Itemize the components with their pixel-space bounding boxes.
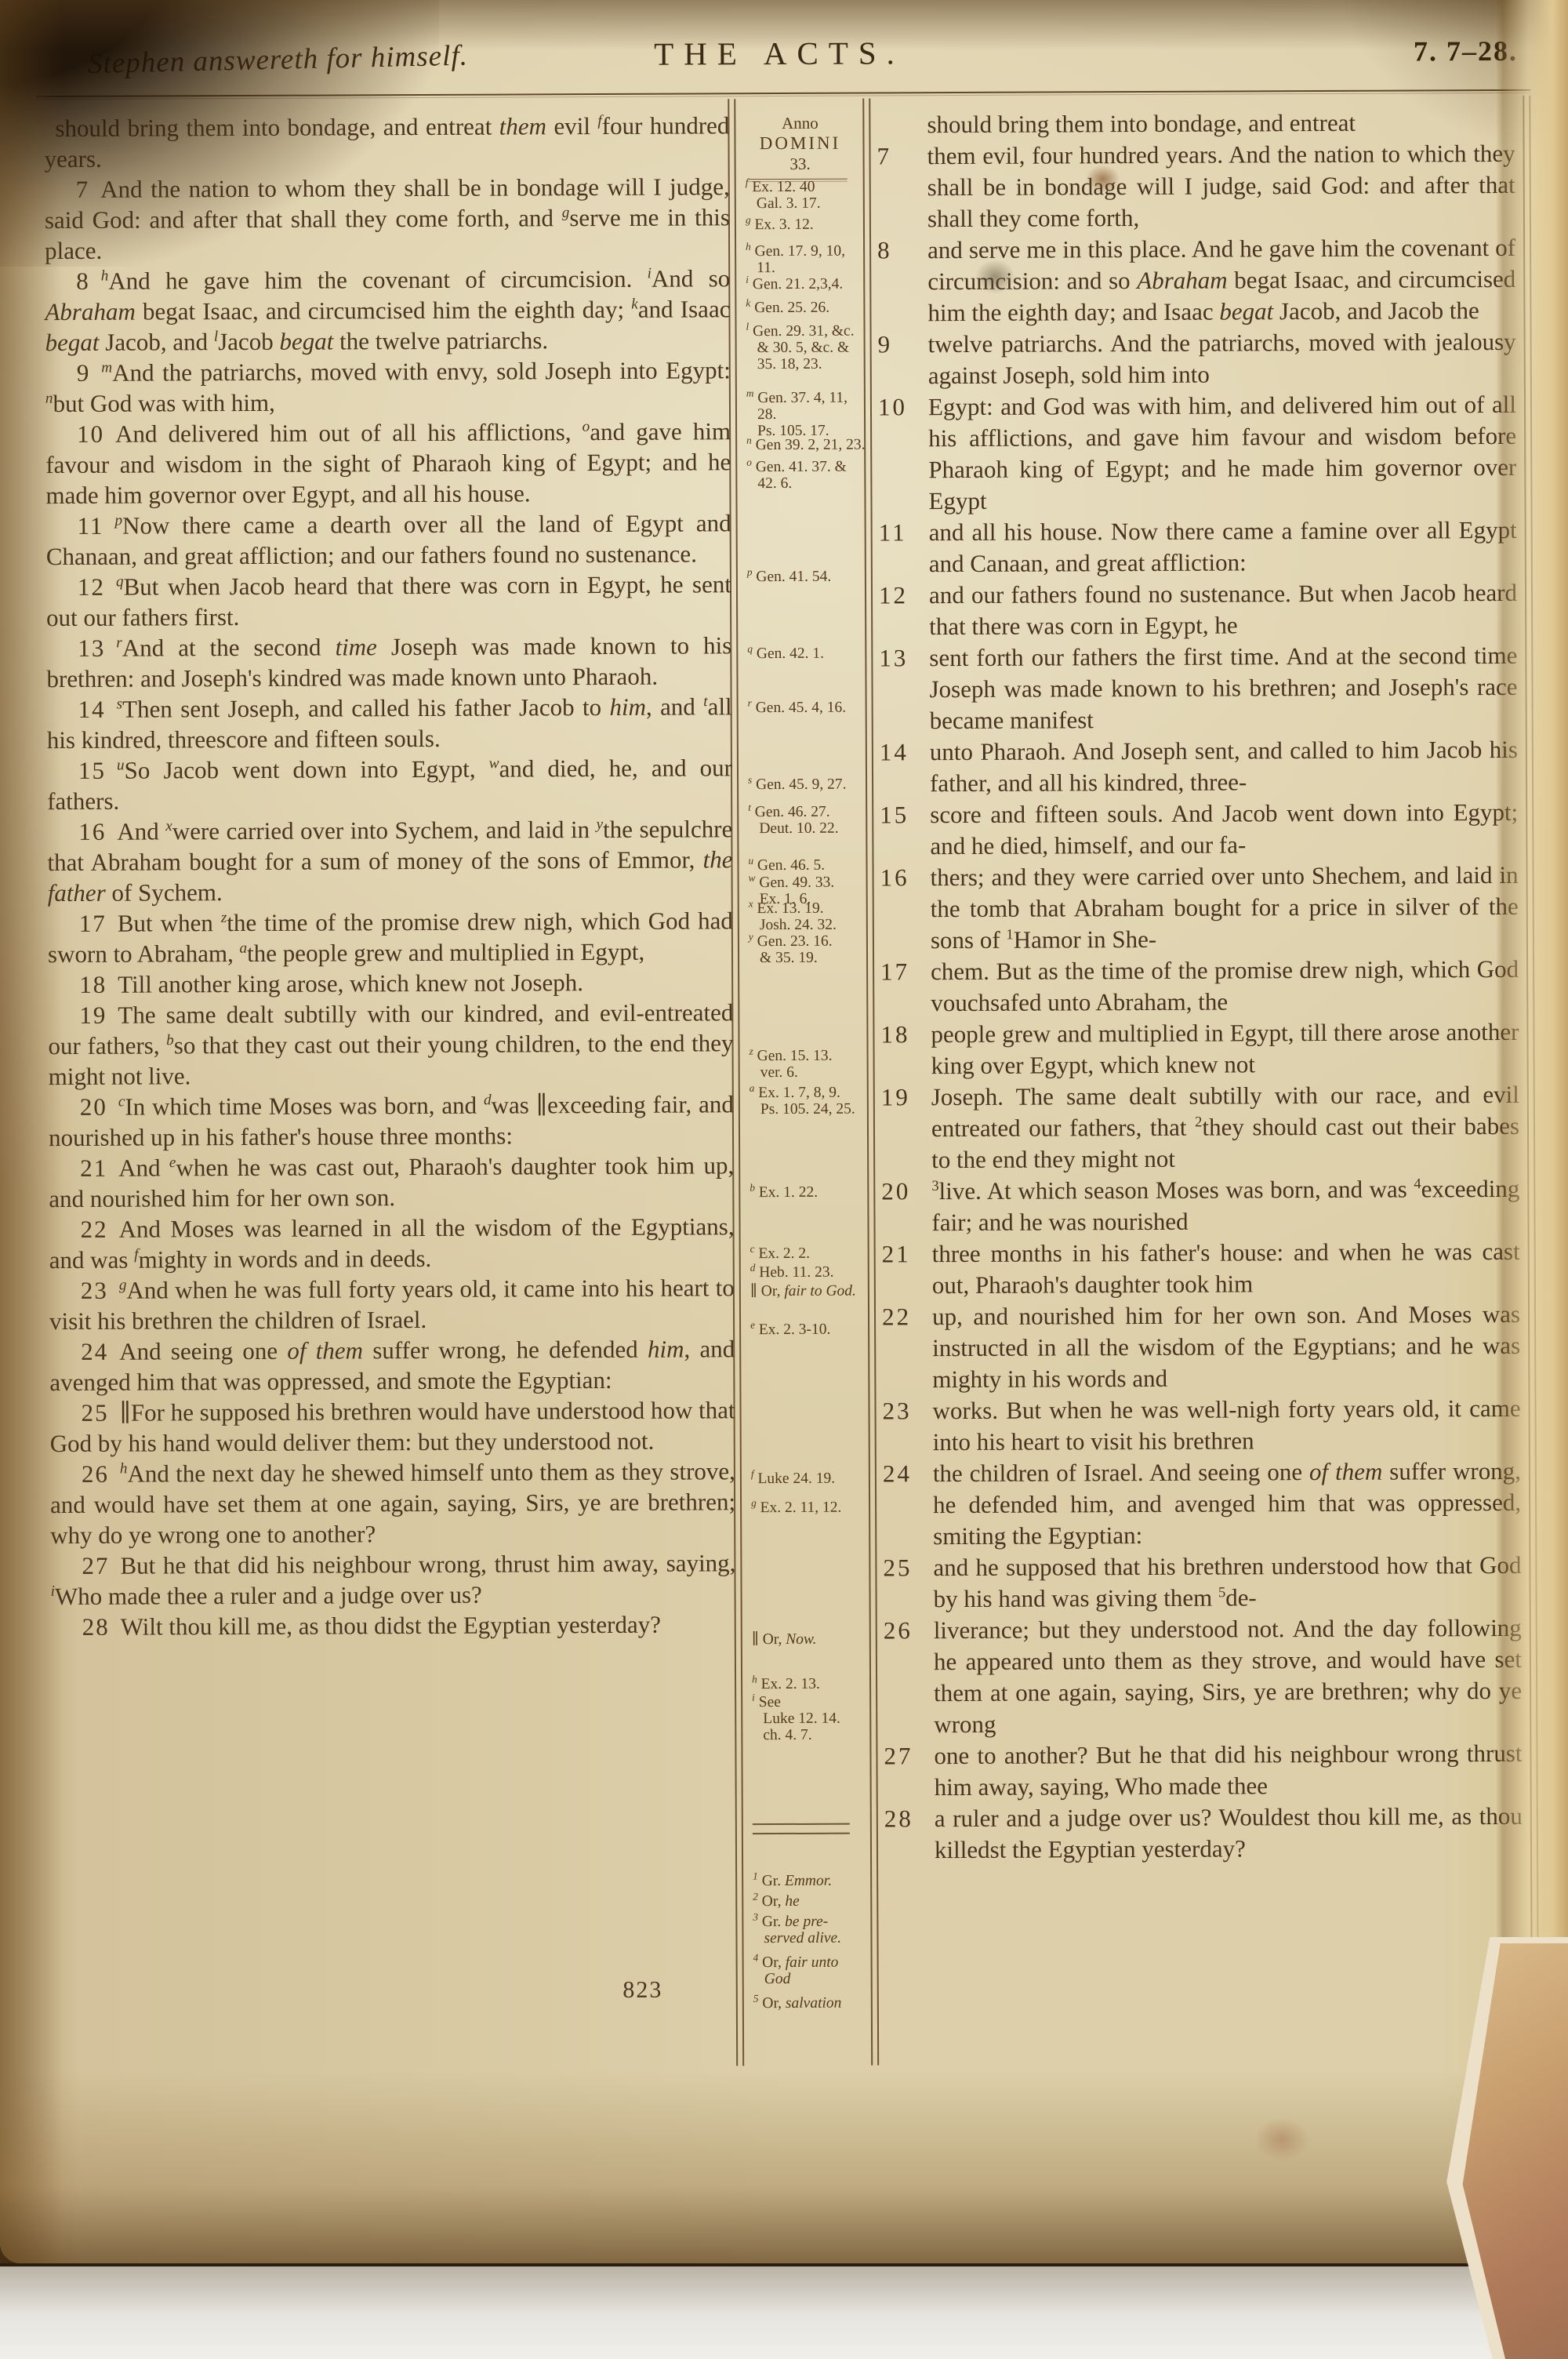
verse-text: And the nation to whom they shall be in … xyxy=(45,173,730,264)
verse-26: 26liverance; but they understood not. An… xyxy=(884,1612,1523,1741)
verse-text: and serve me in this place. And he gave … xyxy=(927,234,1515,326)
reference-entry: u Gen. 46. 5. xyxy=(748,857,867,874)
verse-9: 9mAnd the patriarchs, moved with envy, s… xyxy=(45,354,731,419)
verse-text: hAnd he gave him the covenant of circumc… xyxy=(45,264,730,356)
reference-entry: r Gen. 45. 4, 16. xyxy=(748,700,867,717)
table-surface xyxy=(0,2266,1568,2359)
reference-entries: f Ex. 12. 40Gal. 3. 17.g Ex. 3. 12.h Gen… xyxy=(742,110,858,111)
verse-text: And delivered him out of all his afflict… xyxy=(45,417,731,509)
verse-number: 17 xyxy=(79,910,107,937)
verse-number: 11 xyxy=(879,517,924,548)
verse-text: Egypt: and God was with him, and deliver… xyxy=(928,391,1516,514)
verse-20: 20cIn which time Moses was born, and dwa… xyxy=(49,1089,734,1153)
reference-divider xyxy=(753,1823,850,1835)
verse-number: 27 xyxy=(82,1552,109,1579)
verse-7: 7And the nation to whom they shall be in… xyxy=(45,171,731,266)
rv-text-column: should bring them into bondage, and entr… xyxy=(877,107,1523,1866)
verse-24: 24And seeing one of them suffer wrong, h… xyxy=(49,1333,735,1398)
verse-text: ∥For he supposed his brethren would have… xyxy=(50,1396,735,1457)
verse-8: 8hAnd he gave him the covenant of circum… xyxy=(45,263,731,358)
reference-entry: 5 Or, salvation xyxy=(753,1995,873,2012)
verse-26: 26hAnd the next day he shewed himself un… xyxy=(50,1456,736,1550)
verse-number: 18 xyxy=(79,971,107,998)
reference-entry: m Gen. 37. 4, 11, 28.Ps. 105. 17. xyxy=(746,390,866,440)
reference-entry: h Gen. 17. 9, 10, 11. xyxy=(746,243,865,277)
verse-15: 15uSo Jacob went down into Egypt, wand d… xyxy=(47,752,732,816)
verse-text: a ruler and a judge over us? Wouldest th… xyxy=(935,1802,1523,1863)
verse-text: uSo Jacob went down into Egypt, wand die… xyxy=(47,754,732,815)
verse-text: and our fathers found no sustenance. But… xyxy=(929,579,1517,640)
verse-text: The same dealt subtilly with our kindred… xyxy=(48,998,733,1090)
verse-18: 18people grew and multiplied in Egypt, t… xyxy=(880,1016,1519,1082)
verse-28: 28Wilt thou kill me, as thou didst the E… xyxy=(51,1608,736,1642)
page-title: THE ACTS. xyxy=(0,31,1563,76)
verse-text: sent forth our fathers the first time. A… xyxy=(929,642,1517,734)
verse-19: 19The same dealt subtilly with our kindr… xyxy=(48,997,734,1092)
reference-entry: z Gen. 15. 13.ver. 6. xyxy=(750,1048,869,1081)
reference-entry: 2 Or, he xyxy=(753,1893,872,1910)
verse-text: Wilt thou kill me, as thou didst the Egy… xyxy=(121,1611,661,1641)
verse-7: 7them evil, four hundred years. And the … xyxy=(877,138,1515,235)
verse-number: 14 xyxy=(880,736,925,768)
foxing-spot xyxy=(1254,2117,1309,2161)
ink-stain xyxy=(1086,165,1120,193)
verse-23: 23gAnd when he was full forty years old,… xyxy=(49,1272,735,1336)
verse-number: 9 xyxy=(77,359,91,387)
verse-number: 28 xyxy=(884,1803,930,1834)
verse-12: 12qBut when Jacob heard that there was c… xyxy=(46,569,731,633)
reference-entry: ∥ Or, Now. xyxy=(752,1631,871,1648)
verse-text: And seeing one of them suffer wrong, he … xyxy=(49,1335,735,1396)
verse-text: works. But when he was well-nigh forty y… xyxy=(932,1394,1520,1456)
verse-text: twelve patriarchs. And the patriarchs, m… xyxy=(928,328,1516,389)
verse-text: the children of Israel. And seeing one o… xyxy=(933,1457,1521,1550)
verse-number: 23 xyxy=(882,1395,927,1427)
reference-entry: s Gen. 45. 9, 27. xyxy=(748,776,867,794)
reference-entry: n Gen 39. 2, 21, 23. xyxy=(746,437,866,454)
anno-line3: 33. xyxy=(742,154,858,175)
verse-number: 16 xyxy=(78,818,106,845)
verse-number: 8 xyxy=(76,267,90,295)
verse-number: 25 xyxy=(81,1399,108,1427)
verse-25: 25∥For he supposed his brethren would ha… xyxy=(49,1394,735,1459)
verse-number: 21 xyxy=(882,1238,927,1270)
anno-line1: Anno xyxy=(742,113,858,134)
verse-number: 22 xyxy=(80,1216,107,1243)
verse-number: 27 xyxy=(884,1740,929,1772)
verse-9: 9twelve patriarchs. And the patriarchs, … xyxy=(878,326,1516,392)
verse-text: unto Pharaoh. And Joseph sent, and calle… xyxy=(930,736,1518,797)
reference-entry: f Luke 24. 19. xyxy=(751,1470,870,1488)
verse-number: 18 xyxy=(880,1019,926,1050)
verse-number: 12 xyxy=(879,580,924,611)
verse-number: 21 xyxy=(80,1154,107,1182)
page-content: Stephen answereth for himself. THE ACTS.… xyxy=(0,0,1568,2266)
verse-continuation: should bring them into bondage, and entr… xyxy=(877,107,1515,141)
verse-17: 17But when zthe time of the promise drew… xyxy=(48,905,733,969)
page-number: 823 xyxy=(564,1976,721,2004)
verse-28: 28a ruler and a judge over us? Wouldest … xyxy=(884,1801,1523,1866)
verse-22: 22And Moses was learned in all the wisdo… xyxy=(49,1211,734,1275)
verse-11: 11and all his house. Now there came a fa… xyxy=(879,514,1517,580)
reference-entry: x Ex. 13. 19.Josh. 24. 32. xyxy=(749,900,868,934)
reference-entry: e Ex. 2. 3-10. xyxy=(750,1321,869,1339)
verse-number: 10 xyxy=(878,391,924,423)
verse-19: 19Joseph. The same dealt subtilly with o… xyxy=(881,1079,1520,1176)
reference-entry: p Gen. 41. 54. xyxy=(747,569,866,586)
verse-number: 22 xyxy=(882,1301,927,1332)
reference-entry: ∥ Or, fair to God. xyxy=(750,1283,869,1300)
verse-number: 15 xyxy=(880,799,925,831)
paper-page: Stephen answereth for himself. THE ACTS.… xyxy=(0,0,1568,2263)
verse-text: gAnd when he was full forty years old, i… xyxy=(49,1274,735,1335)
verse-12: 12and our fathers found no sustenance. B… xyxy=(879,577,1517,643)
verse-text: rAnd at the second time Joseph was made … xyxy=(46,631,731,692)
verse-text: And Moses was learned in all the wisdom … xyxy=(49,1212,735,1274)
verse-text: But when zthe time of the promise drew n… xyxy=(48,907,733,968)
chapter-reference: 7. 7–28. xyxy=(1414,35,1518,68)
verse-continuation: should bring them into bondage, and entr… xyxy=(44,110,729,174)
reference-entry: y Gen. 23. 16.& 35. 19. xyxy=(749,933,868,967)
verse-text: and all his house. Now there came a fami… xyxy=(929,516,1517,577)
verse-number: 13 xyxy=(78,634,105,662)
verse-text: And ewhen he was cast out, Pharaoh's dau… xyxy=(49,1151,734,1212)
verse-16: 16And xwere carried over into Sychem, an… xyxy=(47,813,733,908)
reference-entry: 3 Gr. be pre-served alive. xyxy=(753,1914,872,1947)
anno-line2: DOMINI xyxy=(742,133,858,154)
verse-14: 14unto Pharaoh. And Joseph sent, and cal… xyxy=(880,734,1518,800)
verse-number: 23 xyxy=(81,1277,108,1304)
verse-10: 10Egypt: and God was with him, and deliv… xyxy=(878,389,1517,518)
verse-text: three months in his father's house: and … xyxy=(932,1238,1520,1299)
verse-27: 27one to another? But he that did his ne… xyxy=(884,1738,1522,1804)
verse-text: one to another? But he that did his neig… xyxy=(934,1739,1522,1801)
verse-number: 25 xyxy=(883,1552,928,1583)
verse-number: 7 xyxy=(877,140,922,172)
verse-number: 12 xyxy=(78,573,105,601)
verse-text: up, and nourished him for her own son. A… xyxy=(932,1300,1520,1393)
verse-14: 14sThen sent Joseph, and called his fath… xyxy=(47,691,732,755)
verse-text: score and fifteen souls. And Jacob went … xyxy=(930,798,1518,860)
reference-entry: o Gen. 41. 37. & 42. 6. xyxy=(746,459,866,493)
verse-16: 16thers; and they were carried over unto… xyxy=(880,860,1519,957)
verse-25: 25and he supposed that his brethren unde… xyxy=(883,1550,1521,1616)
verse-13: 13rAnd at the second time Joseph was mad… xyxy=(46,630,731,694)
kjv-text-column: should bring them into bondage, and entr… xyxy=(44,110,736,1642)
verse-number: 14 xyxy=(78,696,106,723)
verse-24: 24the children of Israel. And seeing one… xyxy=(883,1456,1522,1553)
verse-number: 11 xyxy=(78,512,104,540)
verse-number: 26 xyxy=(82,1460,109,1488)
verse-text: people grew and multiplied in Egypt, til… xyxy=(931,1018,1519,1079)
verse-text: chem. But as the time of the promise dre… xyxy=(931,955,1519,1016)
verse-20: 203live. At which season Moses was born,… xyxy=(881,1173,1519,1239)
verse-text: them evil, four hundred years. And the n… xyxy=(927,140,1515,232)
reference-entry: q Gen. 42. 1. xyxy=(747,645,866,663)
verse-10: 10And delivered him out of all his affli… xyxy=(45,416,731,511)
verse-number: 10 xyxy=(77,420,104,448)
reference-entry: a Ex. 1. 7, 8, 9.Ps. 105. 24, 25. xyxy=(750,1085,869,1118)
verse-text: cIn which time Moses was born, and dwas … xyxy=(49,1090,734,1151)
reference-entry: b Ex. 1. 22. xyxy=(750,1184,869,1201)
verse-11: 11pNow there came a dearth over all the … xyxy=(46,507,731,572)
reference-entry: h Ex. 2. 13. xyxy=(752,1676,871,1693)
verse-number: 28 xyxy=(82,1613,110,1641)
verse-text: And xwere carried over into Sychem, and … xyxy=(47,815,732,907)
verse-text: sThen sent Joseph, and called his father… xyxy=(47,692,732,754)
reference-entry: c Ex. 2. 2. xyxy=(750,1245,869,1263)
verse-8: 8and serve me in this place. And he gave… xyxy=(877,232,1516,329)
cross-reference-column: Anno DOMINI 33. f Ex. 12. 40Gal. 3. 17.g… xyxy=(742,110,866,2087)
reference-entry: l Gen. 29. 31, &c. & 30. 5, &c. & 35. 18… xyxy=(746,323,866,373)
reference-entry: f Ex. 12. 40Gal. 3. 17. xyxy=(746,179,865,213)
reference-entry: i SeeLuke 12. 14.ch. 4. 7. xyxy=(752,1694,871,1744)
verse-number: 19 xyxy=(881,1081,927,1113)
verse-number: 9 xyxy=(878,329,924,360)
verse-number: 20 xyxy=(881,1176,927,1207)
verse-21: 21three months in his father's house: an… xyxy=(882,1236,1520,1302)
verse-text: qBut when Jacob heard that there was cor… xyxy=(46,570,731,631)
verse-13: 13sent forth our fathers the first time.… xyxy=(879,640,1518,737)
verse-22: 22up, and nourished him for her own son.… xyxy=(882,1299,1521,1396)
verse-27: 27But he that did his neighbour wrong, t… xyxy=(50,1547,735,1612)
anno-domini-label: Anno DOMINI 33. xyxy=(742,113,858,175)
verse-number: 15 xyxy=(78,757,106,784)
reference-entry: 1 Gr. Emmor. xyxy=(753,1873,872,1890)
reference-entry: k Gen. 25. 26. xyxy=(746,300,865,317)
reference-entry: 4 Or, fair untoGod xyxy=(753,1954,873,1988)
verse-number: 24 xyxy=(81,1338,108,1365)
reference-entry: t Gen. 46. 27.Deut. 10. 22. xyxy=(748,804,867,838)
verse-17: 17chem. But as the time of the promise d… xyxy=(880,954,1519,1020)
reference-entry: d Heb. 11. 23. xyxy=(750,1264,869,1281)
verse-text: mAnd the patriarchs, moved with envy, so… xyxy=(45,356,731,417)
reference-entry: g Ex. 3. 12. xyxy=(746,216,865,234)
reference-entry: g Ex. 2. 11, 12. xyxy=(751,1499,870,1517)
verse-text: Till another king arose, which knew not … xyxy=(118,969,583,998)
verse-number: 24 xyxy=(883,1458,928,1489)
verse-text: liverance; but they understood not. And … xyxy=(934,1614,1522,1738)
verse-number: 26 xyxy=(884,1615,929,1646)
verse-text: hAnd the next day he shewed himself unto… xyxy=(50,1457,735,1549)
verse-text: should bring them into bondage, and entr… xyxy=(45,111,730,173)
verse-text: 3live. At which season Moses was born, a… xyxy=(931,1175,1519,1236)
verse-23: 23works. But when he was well-nigh forty… xyxy=(882,1393,1520,1459)
verse-number: 20 xyxy=(80,1093,107,1121)
verse-text: thers; and they were carried over unto S… xyxy=(931,861,1519,954)
verse-number: 16 xyxy=(880,862,926,893)
verse-15: 15score and fifteen souls. And Jacob wen… xyxy=(880,797,1518,863)
verse-number: 19 xyxy=(79,1001,107,1029)
verse-text: pNow there came a dearth over all the la… xyxy=(46,509,731,570)
verse-number: 8 xyxy=(877,234,923,266)
verse-number: 13 xyxy=(879,642,924,674)
smudge-stain xyxy=(975,260,1015,294)
verse-text: should bring them into bondage, and entr… xyxy=(927,109,1356,138)
verse-number: 7 xyxy=(76,176,90,203)
verse-number: 17 xyxy=(880,956,926,987)
verse-21: 21And ewhen he was cast out, Pharaoh's d… xyxy=(49,1150,734,1214)
verse-text: and he supposed that his brethren unders… xyxy=(933,1551,1521,1612)
reference-entry: i Gen. 21. 2,3,4. xyxy=(746,276,865,293)
verse-text: Joseph. The same dealt subtilly with our… xyxy=(931,1081,1519,1173)
scanned-bible-page: Stephen answereth for himself. THE ACTS.… xyxy=(0,0,1568,2359)
verse-text: But he that did his neighbour wrong, thr… xyxy=(51,1549,736,1610)
verse-18: 18Till another king arose, which knew no… xyxy=(48,966,733,1000)
